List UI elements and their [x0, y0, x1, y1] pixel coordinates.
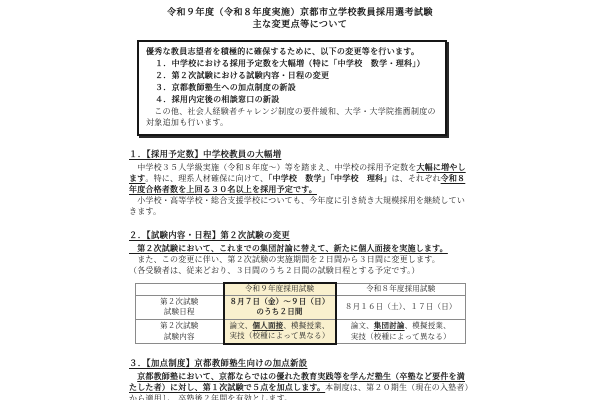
contents-previous: 論文、集団討論、模擬授業、実技（校種によって異なる） [336, 319, 466, 344]
document-title-line2: 主な変更点等について [0, 19, 600, 31]
section-2-paragraph-1: 第２次試験において、これまでの集団討論に替えて、新たに個人面接を実施します。 [129, 243, 471, 254]
summary-intro: 優秀な教員志望者を積極的に確保するために、以下の変更等を行います。 [146, 46, 438, 58]
section-3-paragraph-1: 京都教師塾において、京都ならではの優れた教育実践等を学んだ塾生（卒塾など要件を満… [129, 371, 471, 400]
document-title-line1: 令和９年度（令和８年度実施）京都市立学校教員採用選考試験 [0, 7, 600, 19]
table-header-previous-year: 令和８年度採用試験 [336, 283, 466, 295]
document-page: 令和９年度（令和８年度実施）京都市立学校教員採用選考試験 主な変更点等について … [0, 0, 600, 400]
table-header-row: 令和９年度採用試験 令和８年度採用試験 [136, 283, 466, 295]
section-1-paragraph-2: 小学校・高等学校・総合支援学校についても、今年度に引き続き大規模採用を継続してい… [129, 195, 471, 217]
table-header-blank [136, 283, 224, 295]
section-1: １．【採用予定数】中学校教員の大幅増 中学校３５人学級実施（令和８年度～）等を踏… [129, 149, 471, 217]
summary-box: 優秀な教員志望者を積極的に確保するために、以下の変更等を行います。 １．中学校に… [137, 40, 447, 136]
summary-note: この他、社会人経験者チャレンジ制度の要件緩和、大学・大学院推薦制度の対象追加も行… [146, 106, 438, 130]
table-row-schedule: 第２次試験試験日程 ８月７日（金）～９日（日）のうち２日間 ８月１６日（土）、１… [136, 295, 466, 319]
row-label-contents: 第２次試験試験内容 [136, 319, 224, 344]
document-body: １．【採用予定数】中学校教員の大幅増 中学校３５人学級実施（令和８年度～）等を踏… [129, 149, 471, 400]
section-1-heading: １．【採用予定数】中学校教員の大幅増 [129, 149, 471, 160]
contents-current: 論文、個人面接、模擬授業、実技（校種によって異なる） [224, 319, 336, 344]
section-1-paragraph-1: 中学校３５人学級実施（令和８年度～）等を踏まえ、中学校の採用予定数を大幅に増やし… [129, 162, 471, 195]
summary-item-3: ３．京都教師塾生への加点制度の新設 [146, 82, 438, 94]
exam-comparison-table: 令和９年度採用試験 令和８年度採用試験 第２次試験試験日程 ８月７日（金）～９日… [135, 282, 466, 345]
summary-item-2: ２．第２次試験における試験内容・日程の変更 [146, 70, 438, 82]
section-3: ３．【加点制度】京都教師塾生向けの加点新設 京都教師塾において、京都ならではの優… [129, 358, 471, 400]
section-2-heading: ２．【試験内容・日程】第２次試験の変更 [129, 230, 471, 241]
schedule-previous: ８月１６日（土）、１７日（日） [336, 295, 466, 319]
table-header-current-year: 令和９年度採用試験 [224, 283, 336, 295]
row-label-schedule: 第２次試験試験日程 [136, 295, 224, 319]
section-2-paragraph-3: （各受験者は、従来どおり、３日間のうち２日間の試験日程とする予定です。） [129, 265, 471, 276]
document-title: 令和９年度（令和８年度実施）京都市立学校教員採用選考試験 主な変更点等について [0, 7, 600, 30]
section-2-paragraph-2: また、この変更に伴い、第２次試験の実施期間を２日間から３日間に変更します。 [129, 254, 471, 265]
section-2: ２．【試験内容・日程】第２次試験の変更 第２次試験において、これまでの集団討論に… [129, 230, 471, 345]
section-3-heading: ３．【加点制度】京都教師塾生向けの加点新設 [129, 358, 471, 369]
table-row-contents: 第２次試験試験内容 論文、個人面接、模擬授業、実技（校種によって異なる） 論文、… [136, 319, 466, 344]
summary-item-4: ４．採用内定後の相談窓口の新設 [146, 94, 438, 106]
summary-item-1: １．中学校における採用予定数を大幅増（特に「中学校 数学・理科」） [146, 58, 438, 70]
schedule-current: ８月７日（金）～９日（日）のうち２日間 [224, 295, 336, 319]
